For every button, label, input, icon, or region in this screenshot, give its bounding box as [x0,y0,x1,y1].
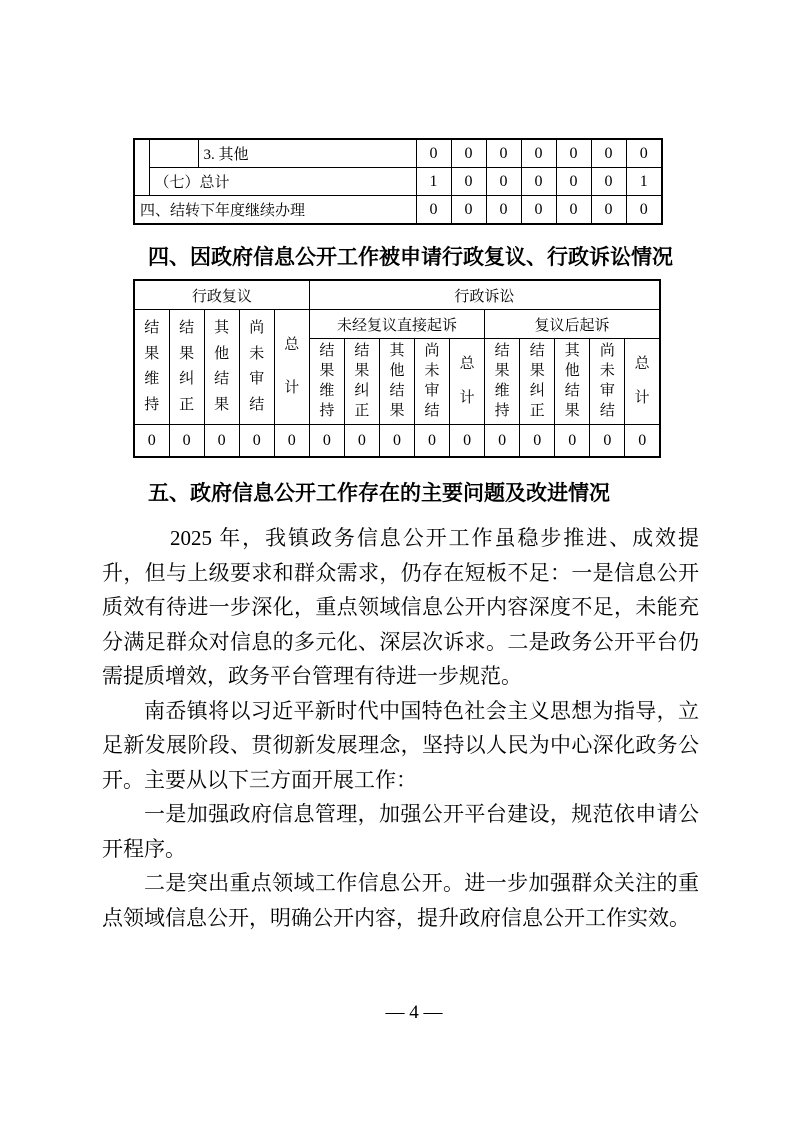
column-header-cell: 尚未审结 [590,339,625,425]
table-header-row: 行政复议 行政诉讼 [134,280,660,310]
column-header-cell: 总计 [625,339,660,425]
paragraph: 2025 年，我镇政务信息公开工作虽稳步推进、成效提升，但与上级要求和群众需求，… [102,521,699,694]
table-row: 3. 其他 0000000 [134,139,662,168]
vertical-label: 总计 [625,339,659,424]
vertical-label: 其他结果 [205,311,239,424]
section5-heading: 五、政府信息公开工作存在的主要问题及改进情况 [148,477,610,507]
vertical-label: 结果维持 [135,311,169,424]
value-cell: 0 [556,168,591,196]
value-cell: 0 [344,425,379,458]
empty-cell [134,139,149,196]
value-cell: 0 [379,425,414,458]
column-header-cell: 其他结果 [204,310,239,425]
vertical-label: 其他结果 [380,339,414,424]
column-header-cell: 结果维持 [134,310,169,425]
vertical-label: 其他结果 [555,339,589,424]
value-cell: 0 [451,139,486,168]
subgroup-header-cell: 复议后起诉 [485,310,660,339]
column-header-cell: 总计 [450,339,485,425]
section4-heading: 四、因政府信息公开工作被申请行政复议、行政诉讼情况 [148,241,673,271]
value-cell: 1 [416,168,451,196]
value-cell: 0 [591,139,626,168]
empty-box-cell [149,139,198,168]
paragraph: 二是突出重点领域工作信息公开。进一步加强群众关注的重点领域信息公开，明确公开内容… [102,866,699,935]
vertical-label: 结果纠正 [520,339,554,424]
body-text: 2025 年，我镇政务信息公开工作虽稳步推进、成效提升，但与上级要求和群众需求，… [102,521,699,935]
value-cell: 0 [555,425,590,458]
vertical-label: 尚未审结 [590,339,624,424]
vertical-label: 结果纠正 [170,311,204,424]
column-header-cell: 总计 [274,310,309,425]
vertical-label: 总计 [275,311,309,424]
value-cell: 0 [451,168,486,196]
row-label-cell: 四、结转下年度继续办理 [134,196,416,225]
litigation-table: 行政复议 行政诉讼 结果维持 结果纠正 其他结果 尚未审结 总计 未经复议直接起… [133,279,661,458]
value-cell: 0 [591,168,626,196]
value-cell: 0 [416,139,451,168]
value-cell: 0 [274,425,309,458]
value-cell: 0 [520,425,555,458]
paragraph: 南岙镇将以习近平新时代中国特色社会主义思想为指导，立足新发展阶段、贯彻新发展理念… [102,694,699,798]
value-cell: 0 [415,425,450,458]
value-cell: 0 [556,139,591,168]
column-header-cell: 结果纠正 [520,339,555,425]
value-cell: 0 [416,196,451,225]
column-header-cell: 其他结果 [555,339,590,425]
vertical-label: 结果纠正 [345,339,379,424]
value-cell: 0 [309,425,344,458]
subgroup-header-cell: 未经复议直接起诉 [309,310,484,339]
table-row: （七）总计 1000001 [134,168,662,196]
table-data-row: 000000000000000 [134,425,660,458]
table-row: 四、结转下年度继续办理 0000000 [134,196,662,225]
value-cell: 0 [239,425,274,458]
row-label-cell: 3. 其他 [198,139,416,168]
carryover-table: 3. 其他 0000000 （七）总计 1000001 四、结转下年度继续办理 … [133,138,663,225]
value-cell: 0 [590,425,625,458]
vertical-label: 尚未审结 [240,311,274,424]
value-cell: 0 [626,139,662,168]
vertical-label: 尚未审结 [415,339,449,424]
paragraph: 一是加强政府信息管理，加强公开平台建设，规范依申请公开程序。 [102,797,699,866]
value-cell: 0 [625,425,660,458]
vertical-label: 结果维持 [485,339,519,424]
value-cell: 0 [486,196,521,225]
column-header-cell: 结果维持 [309,339,344,425]
column-header-cell: 结果维持 [485,339,520,425]
value-cell: 0 [521,196,556,225]
column-header-cell: 结果纠正 [344,339,379,425]
page-number: — 4 — [104,1002,724,1024]
value-cell: 0 [556,196,591,225]
vertical-label: 结果维持 [310,339,344,424]
value-cell: 0 [486,168,521,196]
table-header-row: 结果维持 结果纠正 其他结果 尚未审结 总计 未经复议直接起诉 复议后起诉 [134,310,660,339]
row-label-cell: （七）总计 [149,168,416,196]
value-cell: 0 [626,196,662,225]
value-cell: 0 [486,139,521,168]
value-cell: 0 [204,425,239,458]
value-cell: 0 [591,196,626,225]
value-cell: 0 [169,425,204,458]
value-cell: 0 [521,168,556,196]
value-cell: 0 [134,425,169,458]
value-cell: 0 [485,425,520,458]
value-cell: 0 [451,196,486,225]
value-cell: 0 [450,425,485,458]
column-header-cell: 其他结果 [379,339,414,425]
group-header-cell: 行政复议 [134,280,309,310]
value-cell: 0 [521,139,556,168]
column-header-cell: 尚未审结 [415,339,450,425]
column-header-cell: 尚未审结 [239,310,274,425]
column-header-cell: 结果纠正 [169,310,204,425]
value-cell: 1 [626,168,662,196]
vertical-label: 总计 [450,339,484,424]
group-header-cell: 行政诉讼 [309,280,660,310]
